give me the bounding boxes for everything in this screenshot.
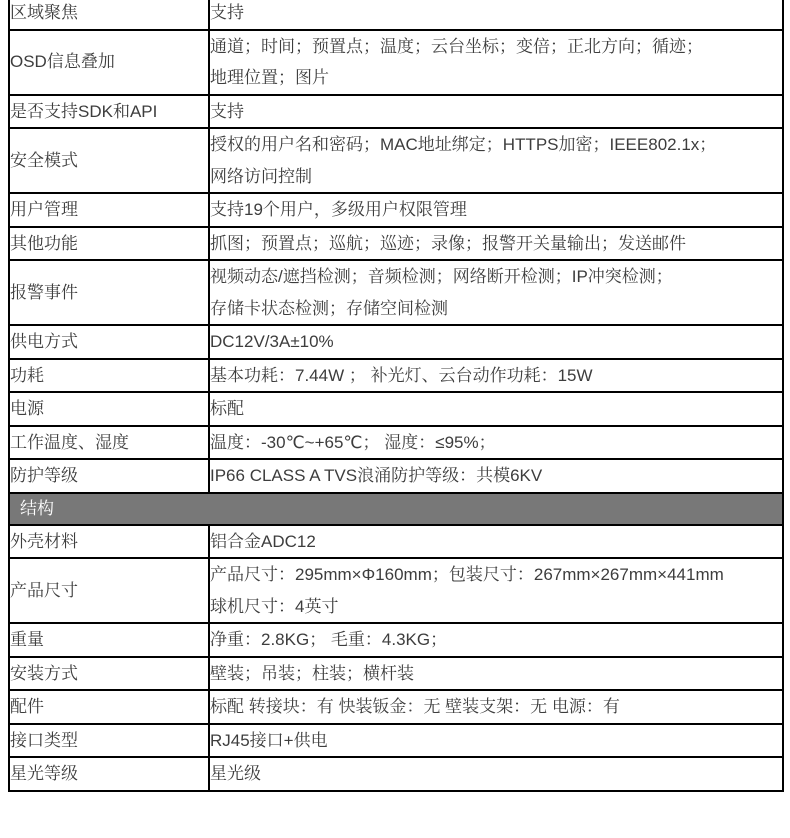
table-row: 功耗基本功耗：7.44W ； 补光灯、云台动作功耗：15W — [9, 359, 783, 393]
spec-value-line: 地理位置；图片 — [210, 62, 782, 94]
spec-label: 区域聚焦 — [9, 0, 209, 30]
spec-value-line: 标配 转接块：有 快装钣金：无 壁装支架：无 电源：有 — [210, 691, 782, 723]
table-row: 报警事件视频动态/遮挡检测；音频检测；网络断开检测；IP冲突检测；存储卡状态检测… — [9, 260, 783, 325]
spec-value: 壁装；吊装；柱装；横杆装 — [209, 657, 783, 691]
table-row: 星光等级星光级 — [9, 757, 783, 791]
spec-label: 配件 — [9, 690, 209, 724]
spec-value: 星光级 — [209, 757, 783, 791]
table-row: 安装方式壁装；吊装；柱装；横杆装 — [9, 657, 783, 691]
table-row: 电源标配 — [9, 392, 783, 426]
table-row: 重量净重：2.8KG； 毛重：4.3KG； — [9, 623, 783, 657]
spec-label: OSD信息叠加 — [9, 30, 209, 95]
spec-value: 支持 — [209, 95, 783, 129]
spec-value-line: 净重：2.8KG； 毛重：4.3KG； — [210, 624, 782, 656]
spec-value-line: 标配 — [210, 393, 782, 425]
spec-value-line: IP66 CLASS A TVS浪涌防护等级：共模6KV — [210, 460, 782, 492]
spec-value-line: 壁装；吊装；柱装；横杆装 — [210, 658, 782, 690]
spec-label: 防护等级 — [9, 459, 209, 493]
table-row: 是否支持SDK和API支持 — [9, 95, 783, 129]
table-row: 产品尺寸产品尺寸：295mm×Φ160mm；包装尺寸：267mm×267mm×4… — [9, 558, 783, 623]
table-row: 安全模式授权的用户名和密码；MAC地址绑定；HTTPS加密；IEEE802.1x… — [9, 128, 783, 193]
spec-value: 铝合金ADC12 — [209, 525, 783, 559]
spec-value: 通道；时间；预置点；温度；云台坐标；变倍；正北方向；循迹；地理位置；图片 — [209, 30, 783, 95]
spec-value-line: 抓图；预置点；巡航；巡迹；录像；报警开关量输出；发送邮件 — [210, 228, 782, 260]
table-row: 防护等级IP66 CLASS A TVS浪涌防护等级：共模6KV — [9, 459, 783, 493]
spec-value: 产品尺寸：295mm×Φ160mm；包装尺寸：267mm×267mm×441mm… — [209, 558, 783, 623]
spec-value: 授权的用户名和密码；MAC地址绑定；HTTPS加密；IEEE802.1x；网络访… — [209, 128, 783, 193]
spec-label: 电源 — [9, 392, 209, 426]
table-row: 其他功能抓图；预置点；巡航；巡迹；录像；报警开关量输出；发送邮件 — [9, 227, 783, 261]
spec-value-line: 星光级 — [210, 758, 782, 790]
spec-label: 安全模式 — [9, 128, 209, 193]
spec-value: DC12V/3A±10% — [209, 325, 783, 359]
section-title: 结构 — [9, 493, 783, 525]
spec-label: 产品尺寸 — [9, 558, 209, 623]
spec-table-body: 区域聚焦支持OSD信息叠加通道；时间；预置点；温度；云台坐标；变倍；正北方向；循… — [9, 0, 783, 791]
table-row: 接口类型RJ45接口+供电 — [9, 724, 783, 758]
spec-label: 功耗 — [9, 359, 209, 393]
spec-value-line: 支持 — [210, 96, 782, 128]
spec-value-line: RJ45接口+供电 — [210, 725, 782, 757]
spec-value-line: 支持19个用户，多级用户权限管理 — [210, 194, 782, 226]
spec-value: 标配 — [209, 392, 783, 426]
table-row: 工作温度、湿度温度：-30℃~+65℃； 湿度：≤95%； — [9, 426, 783, 460]
spec-value-line: 铝合金ADC12 — [210, 526, 782, 558]
spec-label: 重量 — [9, 623, 209, 657]
section-header-row: 结构 — [9, 493, 783, 525]
table-row: 区域聚焦支持 — [9, 0, 783, 30]
table-row: 配件标配 转接块：有 快装钣金：无 壁装支架：无 电源：有 — [9, 690, 783, 724]
spec-value-line: DC12V/3A±10% — [210, 326, 782, 358]
spec-label: 用户管理 — [9, 193, 209, 227]
spec-value-line: 通道；时间；预置点；温度；云台坐标；变倍；正北方向；循迹； — [210, 31, 782, 63]
spec-value: 视频动态/遮挡检测；音频检测；网络断开检测；IP冲突检测；存储卡状态检测；存储空… — [209, 260, 783, 325]
spec-table: 区域聚焦支持OSD信息叠加通道；时间；预置点；温度；云台坐标；变倍；正北方向；循… — [8, 0, 784, 792]
spec-sheet: 区域聚焦支持OSD信息叠加通道；时间；预置点；温度；云台坐标；变倍；正北方向；循… — [8, 0, 784, 792]
spec-value: IP66 CLASS A TVS浪涌防护等级：共模6KV — [209, 459, 783, 493]
spec-value-line: 授权的用户名和密码；MAC地址绑定；HTTPS加密；IEEE802.1x； — [210, 129, 782, 161]
spec-value-line: 支持 — [210, 0, 782, 29]
table-row: OSD信息叠加通道；时间；预置点；温度；云台坐标；变倍；正北方向；循迹；地理位置… — [9, 30, 783, 95]
table-row: 用户管理支持19个用户，多级用户权限管理 — [9, 193, 783, 227]
spec-value: 支持 — [209, 0, 783, 30]
spec-value-line: 产品尺寸：295mm×Φ160mm；包装尺寸：267mm×267mm×441mm — [210, 559, 782, 591]
spec-value-line: 网络访问控制 — [210, 161, 782, 193]
spec-label: 报警事件 — [9, 260, 209, 325]
spec-value-line: 视频动态/遮挡检测；音频检测；网络断开检测；IP冲突检测； — [210, 261, 782, 293]
spec-value: 温度：-30℃~+65℃； 湿度：≤95%； — [209, 426, 783, 460]
spec-value: 支持19个用户，多级用户权限管理 — [209, 193, 783, 227]
spec-value: 标配 转接块：有 快装钣金：无 壁装支架：无 电源：有 — [209, 690, 783, 724]
page: { "colors": { "border": "#000000", "text… — [0, 0, 790, 838]
table-row: 外壳材料铝合金ADC12 — [9, 525, 783, 559]
spec-value: 抓图；预置点；巡航；巡迹；录像；报警开关量输出；发送邮件 — [209, 227, 783, 261]
spec-value-line: 存储卡状态检测；存储空间检测 — [210, 293, 782, 325]
spec-value: 净重：2.8KG； 毛重：4.3KG； — [209, 623, 783, 657]
spec-label: 外壳材料 — [9, 525, 209, 559]
spec-label: 工作温度、湿度 — [9, 426, 209, 460]
spec-label: 接口类型 — [9, 724, 209, 758]
spec-label: 是否支持SDK和API — [9, 95, 209, 129]
spec-value: RJ45接口+供电 — [209, 724, 783, 758]
spec-label: 其他功能 — [9, 227, 209, 261]
spec-value-line: 基本功耗：7.44W ； 补光灯、云台动作功耗：15W — [210, 360, 782, 392]
spec-value-line: 温度：-30℃~+65℃； 湿度：≤95%； — [210, 427, 782, 459]
spec-label: 安装方式 — [9, 657, 209, 691]
spec-value-line: 球机尺寸：4英寸 — [210, 591, 782, 623]
spec-value: 基本功耗：7.44W ； 补光灯、云台动作功耗：15W — [209, 359, 783, 393]
spec-label: 星光等级 — [9, 757, 209, 791]
spec-label: 供电方式 — [9, 325, 209, 359]
table-row: 供电方式DC12V/3A±10% — [9, 325, 783, 359]
